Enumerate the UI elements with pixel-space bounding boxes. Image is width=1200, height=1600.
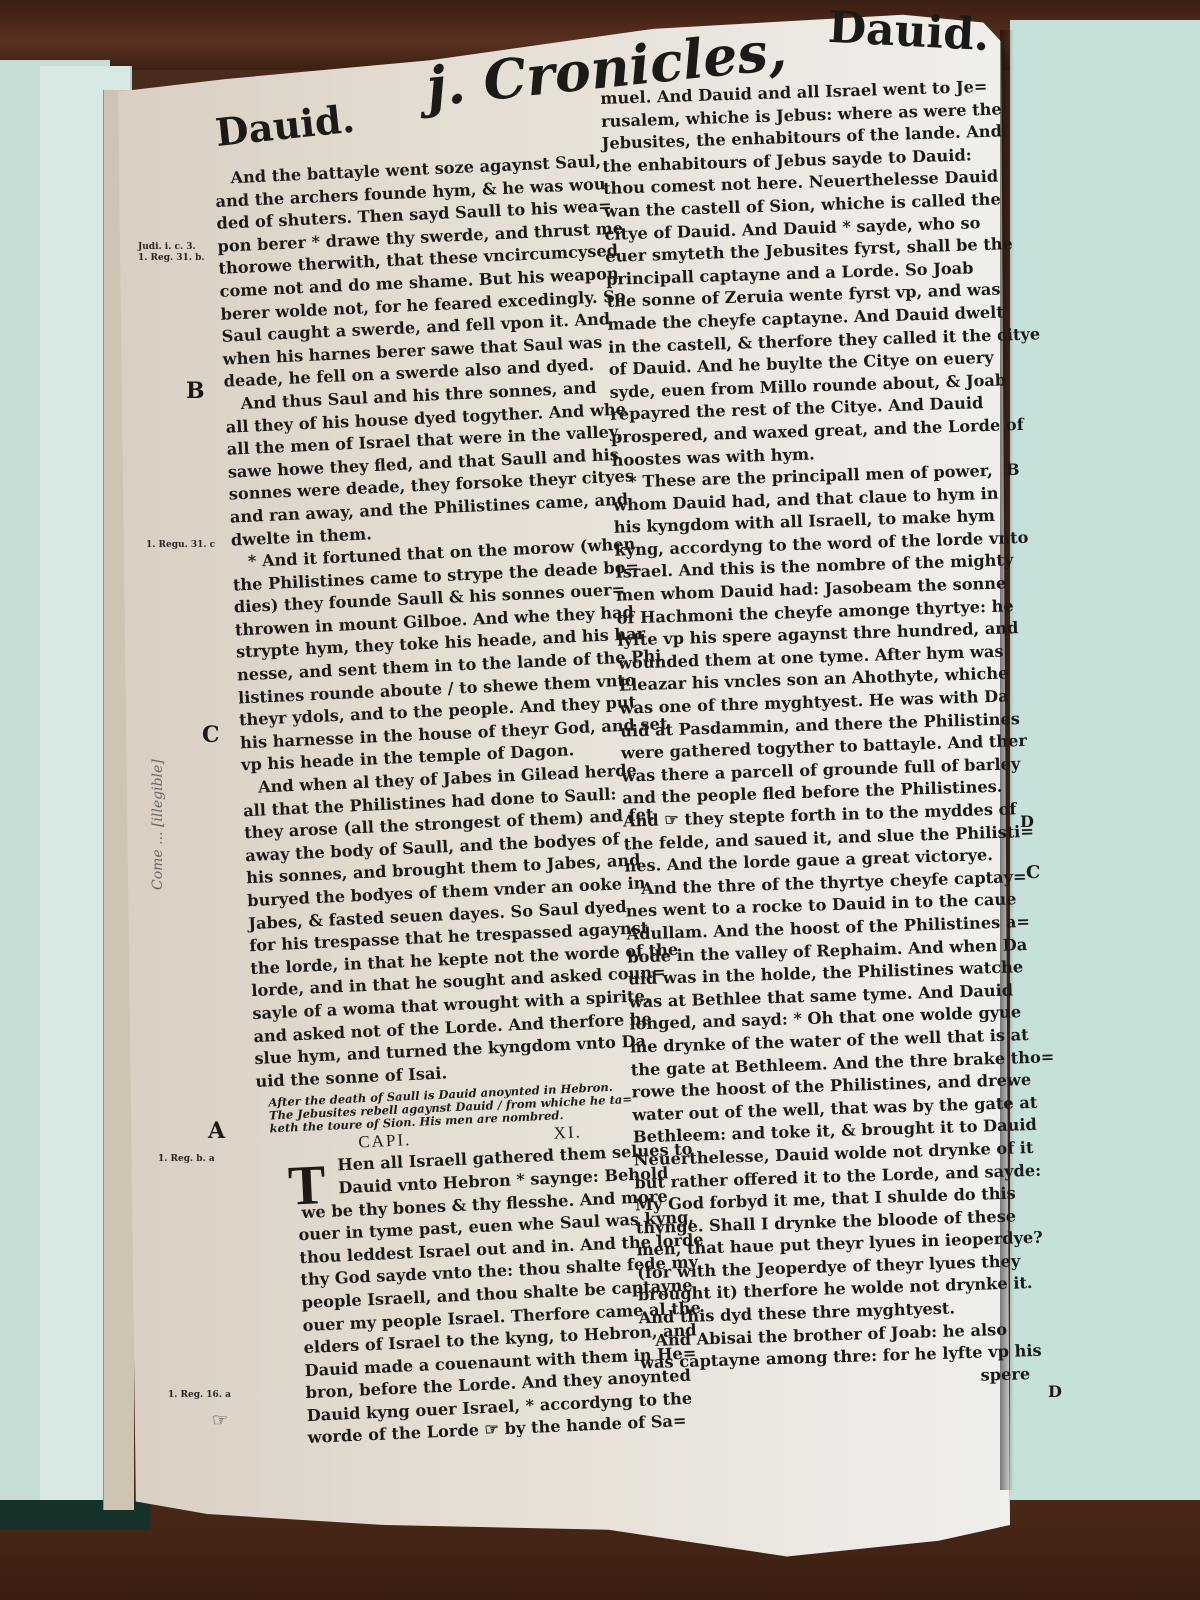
margin-reference-note: 1. Regu. 31. c — [146, 540, 215, 551]
section-letter-d-right: D — [1048, 1382, 1062, 1401]
margin-reference-note: 1. Reg. b. a — [158, 1154, 215, 1165]
pencil-annotation: Come ... [illegible] — [150, 759, 166, 890]
chapter-number: XI. — [553, 1123, 582, 1143]
chapter-label: CAPI. — [358, 1130, 412, 1151]
margin-reference-note: 1. Reg. 16. a — [168, 1390, 231, 1401]
section-letter-b-right: B — [1006, 460, 1020, 479]
margin-reference-note: Judi. i. c. 3. 1. Reg. 31. b. — [138, 242, 205, 264]
right-text-column: muel. And Dauid and all Israel went to J… — [600, 74, 1073, 1397]
running-head-right: Dauid. — [827, 2, 991, 61]
section-letter-c-right: C — [1026, 862, 1040, 883]
section-letter-c: C — [202, 722, 220, 748]
manicule-pointing-hand-icon: ☞ — [212, 1410, 228, 1431]
section-letter-b: B — [186, 378, 205, 404]
margin-note-text: 1. Reg. 31. b. — [138, 253, 205, 264]
margin-note-text: Judi. i. c. 3. — [138, 242, 205, 253]
section-letter-d-right: D — [1020, 812, 1034, 831]
section-letter-a: A — [208, 1118, 225, 1144]
drop-cap: T — [287, 1157, 327, 1215]
